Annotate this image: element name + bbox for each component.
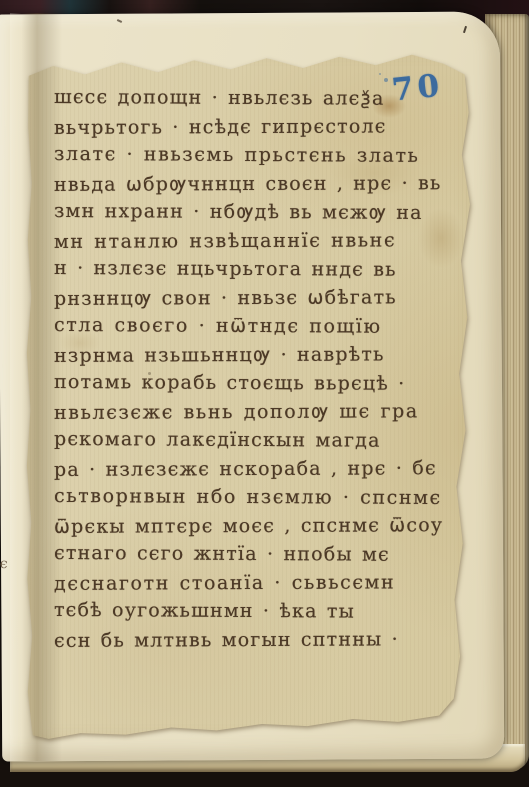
text-line: стла своєго · нѿтндє пощїю [54, 311, 454, 342]
text-line: ра · нзлєзєжє нскораба , нрє · бє [54, 454, 454, 484]
text-line: рєкомаго лакєдїнскын магда [54, 425, 454, 456]
text-line: потамь корабь стоєщь вьрєцѣ · [54, 368, 454, 399]
text-line: тєбѣ оугожьшнмн · ѣка ты [54, 596, 454, 627]
manuscript-photo: шєсє допощн · нвьлєзь алєѯавьчрьтогь · н… [0, 0, 529, 787]
text-line: рнзннцѹ свон · нвьзє ѡбѣгать [54, 283, 454, 313]
text-line: єсн бь млтнвь могын сптнны · [54, 625, 454, 655]
text-line: єтнаго сєго жнтїа · нпобы мє [54, 539, 454, 570]
text-line: нвьда ѡбрѹчннцн своєн , нрє · вь [54, 169, 454, 199]
text-line: нвьлєзєжє вьнь дополѹ шє гра [54, 397, 454, 427]
text-line: сьтворнвын нбо нзємлю · спснмє [54, 482, 454, 513]
text-line: дєснаготн стоанїа · сьвьсємн [54, 568, 454, 598]
text-line: мн нтанлю нзвѣщаннїє нвьнє [54, 226, 454, 256]
stamp-ink-speck [384, 78, 388, 82]
text-line: вьчрьтогь · нсѣдє гипрєстолє [54, 112, 454, 142]
text-line: змн нхранн · нбѹдѣ вь мєжѹ на [54, 197, 454, 228]
text-line: ѿрєкы мптєрє моєє , спснмє ѿсоу [54, 511, 454, 541]
text-line: златє · нвьзємь прьстєнь злать [54, 140, 454, 171]
marginal-mark: ѥ [0, 556, 10, 573]
text-line: нзрнма нзьшьннцѹ · наврѣть [54, 340, 454, 370]
page-number-stamp: 70 [390, 67, 445, 108]
text-block: шєсє допощн · нвьлєзь алєѯавьчрьтогь · н… [54, 84, 454, 654]
text-line: н · нзлєзє нцьчрьтога нндє вь [54, 254, 454, 285]
